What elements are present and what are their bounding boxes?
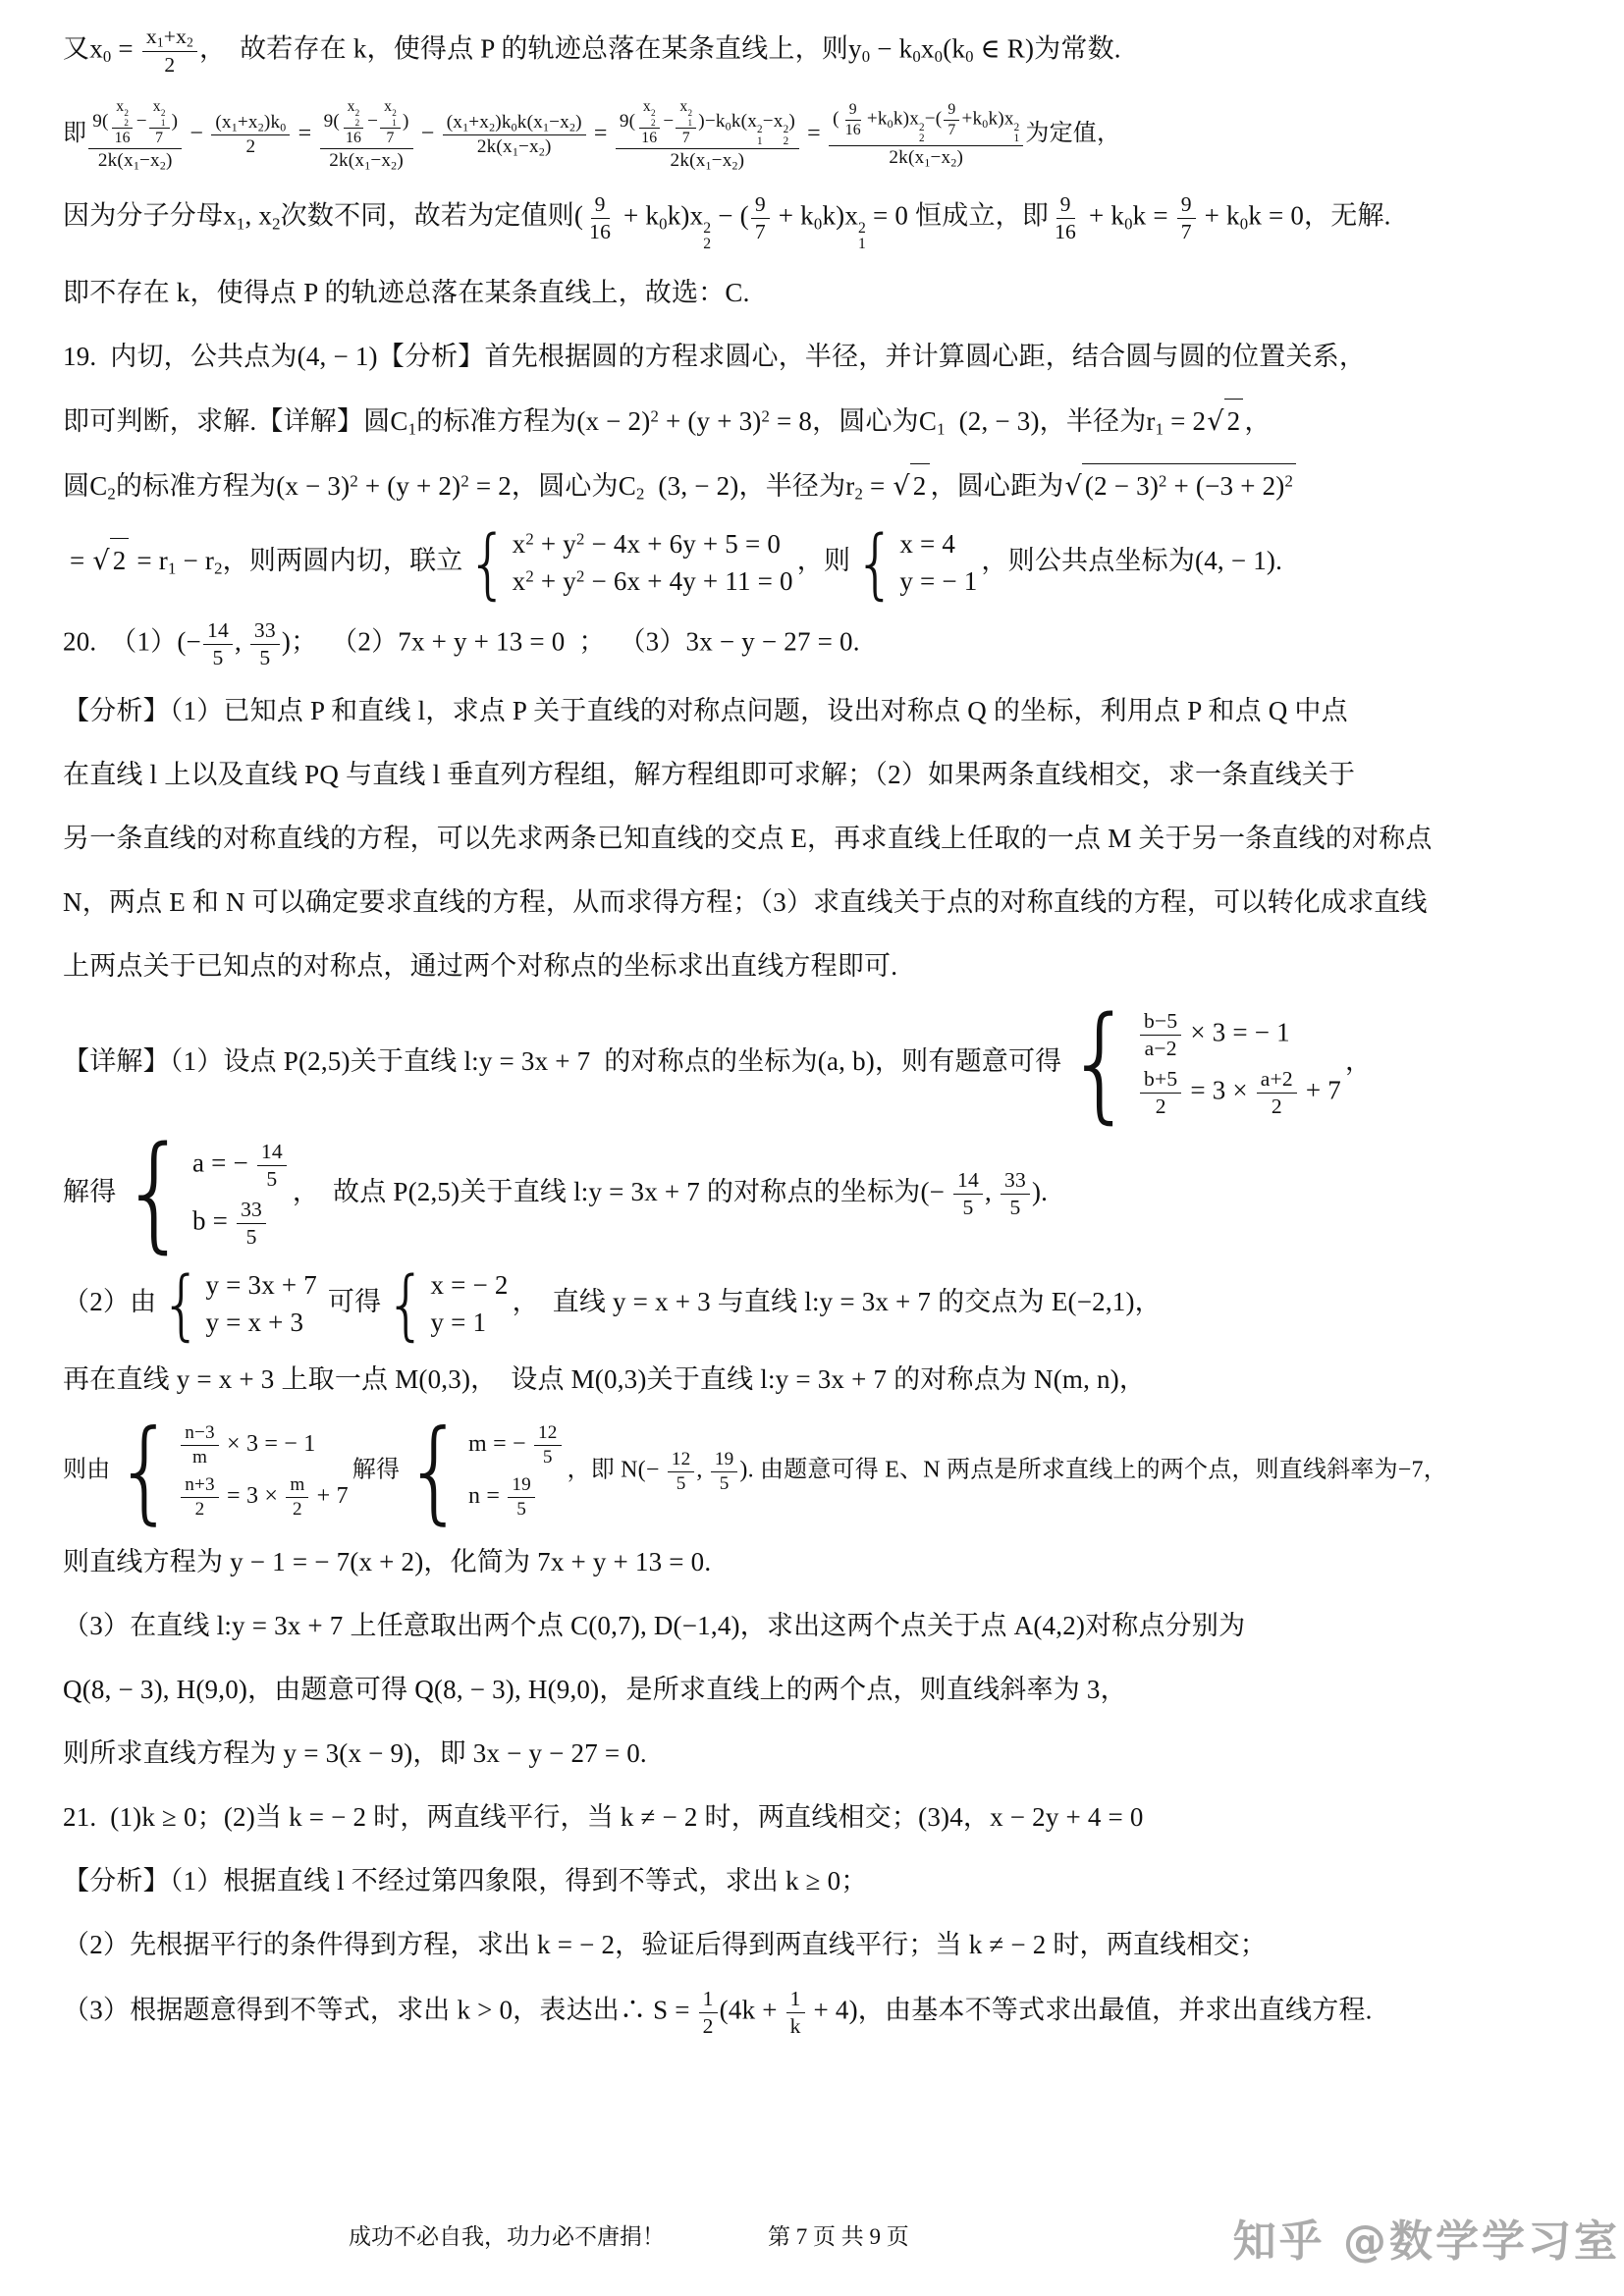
text-run: 5	[212, 646, 223, 669]
text-run: 又x	[63, 33, 103, 63]
subscript: 0	[280, 120, 286, 133]
text-run: x = − 2	[430, 1270, 508, 1300]
page-footer: 成功不必自我，功力必不唐捐！ 第 7 页 共 9 页	[349, 2218, 909, 2251]
fraction: a+22	[1257, 1066, 1297, 1120]
fraction: (x1+x2)k02	[211, 111, 290, 159]
text-run: ，圆心距为	[931, 471, 1064, 501]
sqrt-expression: √(2 − 3)2 + (−3 + 2)2	[1065, 463, 1297, 509]
subscript: 0	[935, 47, 944, 66]
doc-line: 即可判断，求解.【详解】圆C1的标准方程为(x − 2)2 + (y + 3)2…	[63, 399, 1573, 445]
text-run: )； （2）7x + y + 13 = 0 ； （3）3x − y − 27 =…	[282, 626, 860, 656]
text-run: 【分析】（1）已知点 P 和直线 l，求点 P 关于直线的对称点问题，设出对称点…	[63, 696, 1348, 725]
text-run: 再在直线 y = x + 3 上取一点 M(0,3)， 设点 M(0,3)关于直…	[63, 1364, 1146, 1394]
text-run: ，	[1244, 406, 1271, 436]
doc-line: （2）先根据平行的条件得到方程，求出 k = − 2，验证后得到两直线平行；当 …	[63, 1923, 1573, 1968]
text-run: + 4)，由基本不等式求出最值，并求出直线方程.	[807, 1996, 1373, 2025]
doc-line: = √2 = r1 − r2，则两圆内切，联立{x2 + y2 − 4x + 6…	[63, 528, 1573, 599]
fraction: n+32	[181, 1473, 219, 1522]
text-run: b+5	[1144, 1067, 1177, 1091]
left-brace: {	[120, 1132, 189, 1256]
text-run: 16	[641, 130, 657, 146]
text-run: 33	[1004, 1168, 1026, 1192]
text-run: = 8，圆心为C	[770, 406, 937, 436]
text-run: 9(	[92, 112, 108, 133]
text-run: 33	[241, 1198, 262, 1221]
left-brace: {	[854, 525, 896, 602]
text-run: ，则	[797, 546, 850, 575]
text-run: 2k(x	[98, 150, 134, 171]
doc-line: 【分析】（1）已知点 P 和直线 l，求点 P 关于直线的对称点问题，设出对称点…	[63, 689, 1573, 734]
text-run: 19	[512, 1474, 531, 1495]
text-run: 1	[790, 1987, 801, 2010]
left-brace: {	[160, 1266, 202, 1343]
fraction: 125	[668, 1448, 695, 1496]
text-run: 【分析】（1）根据直线 l 不经过第四象限，得到不等式，求出 k ≥ 0；	[63, 1866, 867, 1896]
subscript: 0	[912, 47, 921, 66]
doc-line: Q(8, − 3), H(9,0)，由题意可得 Q(8, − 3), H(9,0…	[63, 1668, 1573, 1713]
text-run: 16	[845, 122, 861, 138]
text-run: 16	[589, 220, 611, 243]
text-run: a+2	[1261, 1067, 1293, 1091]
equation-system: {m = − 125n = 195	[404, 1421, 563, 1522]
text-run: )	[397, 150, 404, 171]
document-page: 又x0 = x1+x22， 故若存在 k，使得点 P 的轨迹总落在某条直线上，则…	[0, 0, 1624, 2296]
text-run: =	[292, 121, 317, 146]
text-run: )	[575, 112, 582, 133]
text-run: + (y + 2)	[358, 471, 460, 501]
fraction: b−5a−2	[1140, 1008, 1181, 1062]
text-run: + k	[772, 201, 814, 231]
text-run: 14	[957, 1168, 979, 1192]
fraction: m2	[286, 1473, 308, 1522]
text-run: −	[367, 112, 378, 133]
fraction: x2216	[111, 97, 135, 147]
sub-sup-stack: 22	[124, 109, 129, 128]
doc-line: 则直线方程为 y − 1 = − 7(x + 2)，化简为 7x + y + 1…	[63, 1540, 1573, 1585]
text-run: (2, − 3)，半径为r	[946, 406, 1156, 436]
text-run: −x	[931, 147, 951, 168]
text-run: m	[290, 1474, 304, 1495]
text-run: −x	[139, 150, 160, 171]
doc-line: 则由{n−3m × 3 = − 1n+32 = 3 × m2 + 7解得{m =…	[63, 1421, 1573, 1522]
text-run: −(	[925, 109, 943, 130]
doc-line: （2）由{y = 3x + 7y = x + 3 可得{x = − 2y = 1…	[63, 1269, 1573, 1340]
fraction: x217	[676, 97, 696, 147]
text-run: 12	[538, 1422, 558, 1443]
text-run: m	[192, 1447, 207, 1468]
text-run: =	[111, 33, 139, 63]
text-run: x	[146, 25, 157, 48]
subscript: 1	[168, 560, 177, 578]
text-run: 5	[720, 1473, 730, 1494]
text-run: )	[403, 112, 409, 133]
text-run: +x	[468, 112, 489, 133]
text-run: b =	[192, 1206, 235, 1236]
text-run: y = x + 3	[205, 1308, 303, 1337]
text-run: 解得	[352, 1458, 400, 1483]
text-run: 2	[164, 53, 175, 77]
text-run: k = 0，无解.	[1248, 201, 1390, 231]
sqrt-expression: √2	[1207, 399, 1243, 445]
text-run: +x	[164, 25, 187, 48]
subscript: 2	[854, 485, 863, 504]
text-run: −	[184, 121, 209, 146]
text-run: + k	[617, 201, 659, 231]
text-run: 12	[672, 1449, 691, 1469]
text-run: 9	[595, 192, 606, 216]
superscript: 2	[761, 407, 770, 426]
doc-line: 21. (1)k ≥ 0；(2)当 k = − 2 时，两直线平行，当 k ≠ …	[63, 1795, 1573, 1841]
text-run: 解得	[63, 1177, 116, 1206]
text-run: N，两点 E 和 N 可以确定要求直线的方程，从而求得方程；（3）求直线关于点的…	[63, 887, 1428, 917]
text-run: (3, − 2)，半径为r	[645, 471, 855, 501]
text-run: 20. （1）(−	[63, 626, 201, 656]
left-brace: {	[466, 525, 509, 602]
text-run: + k	[1198, 201, 1240, 231]
text-run: + 7	[310, 1483, 348, 1509]
text-run: （2）先根据平行的条件得到方程，求出 k = − 2，验证后得到两直线平行；当 …	[63, 1930, 1267, 1959]
text-run: )	[166, 150, 173, 171]
fraction: 9(x2216−x217)2k(x1−x2)	[320, 97, 413, 173]
subscript: 2	[107, 485, 116, 504]
text-run: 即可判断，求解.【详解】圆C	[63, 406, 408, 436]
text-run: + y	[534, 529, 576, 559]
text-run: 则所求直线方程为 y = 3(x − 9)，即 3x − y − 27 = 0.	[63, 1738, 647, 1768]
text-run: 5	[543, 1447, 553, 1468]
doc-line: 【分析】（1）根据直线 l 不经过第四象限，得到不等式，求出 k ≥ 0；	[63, 1859, 1573, 1904]
text-run: k(x	[731, 112, 757, 133]
text-run: 14	[207, 618, 229, 642]
text-run: y = 3x + 7	[205, 1270, 316, 1300]
text-run: (2 − 3)	[1085, 471, 1159, 501]
text-run: = 3 ×	[1183, 1076, 1254, 1105]
text-run: ,	[985, 1177, 999, 1206]
text-run: − 6x + 4y + 11 = 0	[585, 566, 793, 596]
text-run: 2	[245, 136, 255, 157]
text-run: (4k +	[720, 1996, 785, 2025]
text-run: x	[384, 98, 392, 115]
text-run: 19	[715, 1449, 734, 1469]
text-run: )k	[264, 112, 280, 133]
text-run: 5	[963, 1196, 974, 1219]
text-run: 7	[947, 122, 955, 138]
text-run: 圆C	[63, 471, 107, 501]
text-run: ， 故若存在 k，使得点 P 的轨迹总落在某条直线上，则y	[199, 33, 862, 63]
text-run: 2	[1156, 1095, 1166, 1118]
text-run: × 3 = − 1	[221, 1431, 316, 1457]
equation-system: {y = 3x + 7y = x + 3	[160, 1269, 317, 1340]
text-run: 9	[755, 192, 766, 216]
radical-icon: √	[1065, 464, 1082, 509]
text-run: =	[63, 546, 91, 575]
text-run: 2k(x	[889, 147, 924, 168]
text-run: ).	[1032, 1177, 1048, 1206]
text-run: 2	[1227, 406, 1241, 436]
text-run: 的标准方程为(x − 2)	[416, 406, 650, 436]
text-run: （3）根据题意得到不等式，求出 k > 0，表达出∴ S =	[63, 1996, 697, 2025]
text-run: )	[957, 147, 964, 168]
doc-line: 解得{a = − 145b = 335， 故点 P(2,5)关于直线 l:y =…	[63, 1139, 1573, 1251]
text-run: 另一条直线的对称直线的方程，可以先求两条已知直线的交点 E，再求直线上任取的一点…	[63, 824, 1433, 853]
text-run: 9(	[324, 112, 340, 133]
fraction: 916	[1051, 191, 1080, 245]
superscript: 2	[576, 530, 585, 549]
text-run: − k	[870, 33, 912, 63]
text-run: 2	[195, 1499, 205, 1520]
text-run: x	[921, 33, 935, 63]
text-run: = 2	[1164, 406, 1206, 436]
text-run: （3）在直线 l:y = 3x + 7 上任意取出两个点 C(0,7), D(−…	[63, 1611, 1245, 1640]
left-brace: {	[404, 1416, 465, 1527]
text-run: 5	[246, 1225, 257, 1249]
superscript: 2	[576, 566, 585, 585]
subscript: 2	[272, 214, 281, 233]
text-run: 7	[755, 220, 766, 243]
doc-line: 另一条直线的对称直线的方程，可以先求两条已知直线的交点 E，再求直线上任取的一点…	[63, 817, 1573, 862]
fraction: 916	[585, 191, 615, 245]
text-run: = 0 恒成立，即	[866, 201, 1049, 231]
text-run: 9	[1181, 192, 1192, 216]
doc-line: 再在直线 y = x + 3 上取一点 M(0,3)， 设点 M(0,3)关于直…	[63, 1358, 1573, 1403]
text-run: 9	[849, 101, 857, 118]
left-brace: {	[114, 1416, 176, 1527]
text-run: − (	[711, 201, 749, 231]
text-run: )	[545, 136, 552, 157]
equation-system: {a = − 145b = 335	[120, 1139, 289, 1251]
text-run: − 4x + 6y + 5 = 0	[585, 529, 782, 559]
text-run: 9	[1060, 192, 1071, 216]
fraction: 97	[751, 191, 770, 245]
subscript: 0	[1124, 214, 1133, 233]
text-run: n−3	[185, 1422, 215, 1443]
text-run: 次数不同，故若为定值则(	[281, 201, 583, 231]
text-run: x	[643, 98, 651, 115]
text-run: b−5	[1144, 1009, 1177, 1033]
doc-line: 上两点关于已知点的对称点，通过两个对称点的坐标求出直线方程即可.	[63, 944, 1573, 989]
sub-sup-stack: 22	[355, 109, 360, 128]
equation-system: {n−3m × 3 = − 1n+32 = 3 × m2 + 7	[114, 1421, 348, 1522]
subscript: 1	[937, 420, 946, 439]
text-run: ，则两圆内切，联立	[223, 546, 463, 575]
left-brace: {	[1065, 1001, 1135, 1126]
text-run: 5	[516, 1499, 526, 1520]
subscript: 1	[408, 420, 417, 439]
text-run: 【详解】（1）设点 P(2,5)关于直线 l:y = 3x + 7 的对称点的坐…	[63, 1046, 1061, 1076]
text-run: 2	[1272, 1095, 1282, 1118]
text-run: −x	[518, 136, 539, 157]
sqrt-expression: √2	[92, 538, 129, 584]
fraction: x2216	[342, 97, 365, 147]
text-run: 2	[113, 546, 127, 575]
fraction: 335	[1001, 1167, 1030, 1221]
fraction: x2216	[637, 97, 661, 147]
text-run: ,	[235, 626, 248, 656]
text-run: 即不存在 k，使得点 P 的轨迹总落在某条直线上，故选：C.	[63, 278, 750, 307]
text-run: 16	[115, 130, 131, 146]
text-run: Q(8, − 3), H(9,0)，由题意可得 Q(8, − 3), H(9,0…	[63, 1675, 1127, 1704]
text-run: 5	[259, 646, 270, 669]
subscript: 2	[214, 560, 223, 578]
superscript: 2	[525, 566, 534, 585]
text-run: 33	[254, 618, 276, 642]
text-run: k)x	[893, 109, 919, 130]
text-run: 7	[682, 130, 690, 146]
text-run: 2	[293, 1499, 302, 1520]
footer-motto: 成功不必自我，功力必不唐捐！	[349, 2218, 665, 2251]
text-run: n+3	[185, 1474, 215, 1495]
subscript: 0	[659, 214, 668, 233]
text-run: x	[153, 98, 161, 115]
doc-line: N，两点 E 和 N 可以确定要求直线的方程，从而求得方程；（3）求直线关于点的…	[63, 881, 1573, 926]
text-run: （2）由	[63, 1287, 156, 1316]
radical-icon: √	[893, 464, 909, 509]
fraction: (x1+x2)k0k(x1−x2)2k(x1−x2)	[443, 111, 586, 159]
text-run: 14	[261, 1140, 283, 1163]
superscript: 2	[525, 530, 534, 549]
sub-sup-stack: 21	[858, 221, 866, 253]
fraction: 916	[841, 100, 865, 139]
text-run: )−k	[698, 112, 725, 133]
doc-line: 在直线 l 上以及直线 PQ 与直线 l 垂直列方程组，解方程组即可求解；（2）…	[63, 753, 1573, 798]
text-run: 则由	[63, 1458, 110, 1483]
text-run: ,	[696, 1458, 708, 1483]
text-run: 的标准方程为(x − 3)	[116, 471, 350, 501]
fraction: 97	[944, 100, 959, 139]
doc-line: 又x0 = x1+x22， 故若存在 k，使得点 P 的轨迹总落在某条直线上，则…	[63, 24, 1573, 79]
text-run: 2k(x	[671, 150, 706, 171]
fraction: 97	[1177, 191, 1196, 245]
fraction: 125	[534, 1421, 562, 1469]
doc-line: （3）在直线 l:y = 3x + 7 上任意取出两个点 C(0,7), D(−…	[63, 1604, 1573, 1649]
text-run: x	[679, 98, 687, 115]
text-run: (x	[215, 112, 231, 133]
superscript: 2	[350, 472, 358, 491]
doc-line: 因为分子分母x1, x2次数不同，故若为定值则(916 + k0k)x22 − …	[63, 191, 1573, 252]
text-run: ∈ R)为常数.	[974, 33, 1121, 63]
text-run: 在直线 l 上以及直线 PQ 与直线 l 垂直列方程组，解方程组即可求解；（2）…	[63, 760, 1355, 789]
superscript: 2	[650, 407, 659, 426]
text-run: × 3 = − 1	[1183, 1018, 1289, 1047]
text-run: =	[588, 121, 614, 146]
text-run: k)x	[822, 201, 858, 231]
doc-line: （3）根据题意得到不等式，求出 k > 0，表达出∴ S = 12(4k + 1…	[63, 1986, 1573, 2040]
fraction: x217	[149, 97, 170, 147]
doc-line: 即9(x2216−x217)2k(x1−x2) − (x1+x2)k02 = 9…	[63, 97, 1573, 173]
radical-icon: √	[1207, 400, 1223, 445]
text-run: ，则公共点坐标为(4, − 1).	[981, 546, 1282, 575]
subscript: 1	[1156, 420, 1164, 439]
text-run: (	[833, 109, 839, 130]
text-run: 5	[1009, 1196, 1020, 1219]
text-run: + y	[534, 566, 576, 596]
text-run: 可得	[321, 1287, 381, 1316]
text-run: +k	[867, 109, 888, 130]
text-run: =	[801, 121, 827, 146]
text-run: n =	[468, 1483, 506, 1509]
text-run: 7	[1181, 220, 1192, 243]
text-run: +k	[961, 109, 982, 130]
sub-sup-stack: 21	[161, 109, 166, 128]
text-run: 9(	[620, 112, 635, 133]
text-run: x	[513, 566, 526, 596]
fraction: 195	[711, 1448, 738, 1496]
text-run: −x	[370, 150, 391, 171]
text-run: y = − 1	[899, 566, 977, 596]
doc-line: 【详解】（1）设点 P(2,5)关于直线 l:y = 3x + 7 的对称点的坐…	[63, 1008, 1573, 1120]
fraction: 195	[508, 1473, 535, 1522]
text-run: + (y + 3)	[659, 406, 761, 436]
text-run: 16	[1055, 220, 1076, 243]
text-run: 即	[63, 121, 86, 146]
text-run: + 7	[1299, 1076, 1341, 1105]
fraction: 145	[203, 617, 233, 671]
text-run: 1	[703, 1987, 714, 2010]
text-run: 2	[913, 471, 927, 501]
text-run: +x	[238, 112, 258, 133]
text-run: −x	[763, 112, 784, 133]
superscript: 2	[1284, 472, 1293, 491]
subscript: 2	[636, 485, 645, 504]
text-run: a = −	[192, 1148, 255, 1178]
text-run: (k	[943, 33, 965, 63]
equation-system: {b−5a−2 × 3 = − 1b+52 = 3 × a+22 + 7	[1065, 1008, 1341, 1120]
text-run: 2k(x	[329, 150, 364, 171]
text-run: = 2，圆心为C	[469, 471, 636, 501]
text-run: = r	[130, 546, 168, 575]
text-run: y = 1	[430, 1308, 486, 1337]
text-run: 因为分子分母x	[63, 201, 237, 231]
fraction: 145	[953, 1167, 983, 1221]
fraction: (916+k0k)x22−(97+k0k)x212k(x1−x2)	[829, 100, 1023, 170]
text-run: (x	[447, 112, 462, 133]
text-run: −	[136, 112, 147, 133]
text-run: =	[863, 471, 892, 501]
fraction: 9(x2216−x217)−k0k(x21−x22)2k(x1−x2)	[616, 97, 799, 173]
fraction: 9(x2216−x217)2k(x1−x2)	[88, 97, 182, 173]
sqrt-expression: √2	[893, 463, 929, 509]
text-run: 上两点关于已知点的对称点，通过两个对称点的坐标求出直线方程即可.	[63, 951, 897, 981]
text-run: 5	[266, 1167, 277, 1191]
equation-system: {x = − 2y = 1	[385, 1269, 508, 1340]
fraction: b+52	[1140, 1066, 1181, 1120]
doc-line: 20. （1）(−145, 335)； （2）7x + y + 13 = 0 ；…	[63, 617, 1573, 671]
text-run: = 3 ×	[221, 1483, 284, 1509]
text-run: 19. 内切，公共点为(4, − 1)【分析】首先根据圆的方程求圆心，半径，并计…	[63, 342, 1366, 371]
text-run: k)x	[988, 109, 1013, 130]
text-run: )	[738, 150, 745, 171]
sub-sup-stack: 21	[1014, 123, 1020, 145]
text-run: x = 4	[899, 529, 955, 559]
text-run: a−2	[1145, 1037, 1177, 1060]
text-run: ， 直线 y = x + 3 与直线 l:y = 3x + 7 的交点为 E(−…	[513, 1287, 1162, 1316]
sub-sup-stack: 21	[392, 109, 397, 128]
fraction: x1+x22	[142, 24, 197, 79]
fraction: 335	[237, 1197, 266, 1251]
sub-sup-stack: 22	[651, 109, 656, 128]
text-run: 16	[346, 130, 361, 146]
doc-line: 即不存在 k，使得点 P 的轨迹总落在某条直线上，故选：C.	[63, 271, 1573, 316]
text-run: 2	[703, 2014, 714, 2038]
text-run: k)x	[668, 201, 704, 231]
text-run: − r	[177, 546, 215, 575]
subscript: 0	[965, 47, 974, 66]
text-run: + (−3 + 2)	[1167, 471, 1285, 501]
equation-system: {x2 + y2 − 4x + 6y + 5 = 0x2 + y2 − 6x +…	[466, 528, 792, 599]
text-run: −	[663, 112, 674, 133]
text-run: 2k(x	[477, 136, 513, 157]
text-run: −x	[712, 150, 732, 171]
fraction: 145	[257, 1139, 287, 1193]
